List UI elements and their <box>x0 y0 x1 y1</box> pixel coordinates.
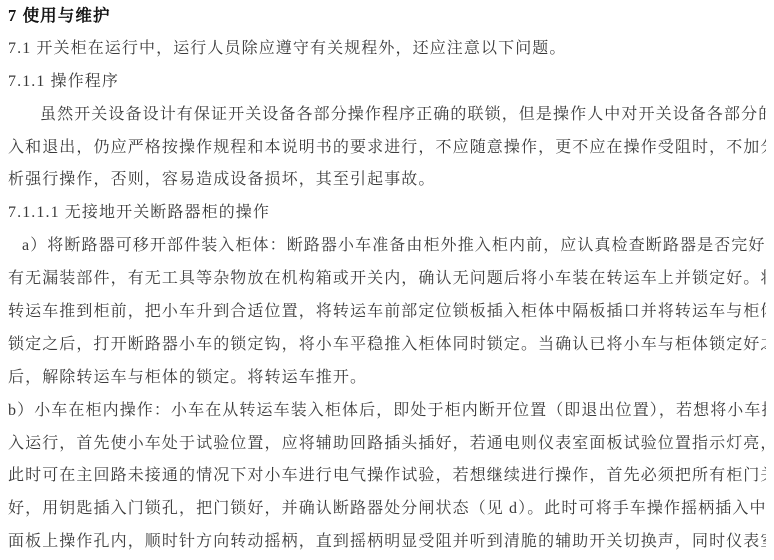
heading-7-1: 7.1 开关柜在运行中，运行人员除应遵守有关规程外，还应注意以下问题。 <box>8 33 766 66</box>
para-item-a-line-1: a）将断路器可移开部件装入柜体：断路器小车准备由柜外推入柜内前，应认真检查断路器… <box>8 230 766 263</box>
heading-7: 7 使用与维护 <box>8 0 766 33</box>
heading-7-1-1-1: 7.1.1.1 无接地开关断路器柜的操作 <box>8 197 766 230</box>
para-item-b-line-4: 好，用钥匙插入门锁孔，把门锁好，并确认断路器处分闸状态（见 d）。此时可将手车操… <box>8 493 766 526</box>
heading-7-1-1: 7.1.1 操作程序 <box>8 66 766 99</box>
para-7-1-1-line-2: 入和退出，仍应严格按操作规程和本说明书的要求进行，不应随意操作，更不应在操作受阻… <box>8 132 766 165</box>
para-7-1-1-line-1: 虽然开关设备设计有保证开关设备各部分操作程序正确的联锁，但是操作人中对开关设备各… <box>8 99 766 132</box>
para-item-b-line-5: 面板上操作孔内，顺时针方向转动摇柄，直到摇柄明显受阻并听到清脆的辅助开关切换声，… <box>8 526 766 559</box>
para-item-a-line-2: 有无漏装部件，有无工具等杂物放在机构箱或开关内，确认无问题后将小车装在转运车上并… <box>8 263 766 296</box>
para-item-b-line-2: 入运行，首先使小车处于试验位置，应将辅助回路插头插好，若通电则仪表室面板试验位置… <box>8 428 766 461</box>
para-7-1-1-line-3: 析强行操作，否则，容易造成设备损坏，其至引起事故。 <box>8 164 766 197</box>
para-item-a-line-4: 锁定之后，打开断路器小车的锁定钩，将小车平稳推入柜体同时锁定。当确认已将小车与柜… <box>8 329 766 362</box>
para-item-b-line-3: 此时可在主回路未接通的情况下对小车进行电气操作试验，若想继续进行操作，首先必须把… <box>8 460 766 493</box>
para-item-b-line-1: b）小车在柜内操作：小车在从转运车装入柜体后，即处于柜内断开位置（即退出位置），… <box>8 395 766 428</box>
para-item-a-line-3: 转运车推到柜前，把小车升到合适位置，将转运车前部定位锁板插入柜体中隔板插口并将转… <box>8 296 766 329</box>
para-item-a-line-5: 后，解除转运车与柜体的锁定。将转运车推开。 <box>8 362 766 395</box>
document-page: 7 使用与维护 7.1 开关柜在运行中，运行人员除应遵守有关规程外，还应注意以下… <box>0 0 774 560</box>
